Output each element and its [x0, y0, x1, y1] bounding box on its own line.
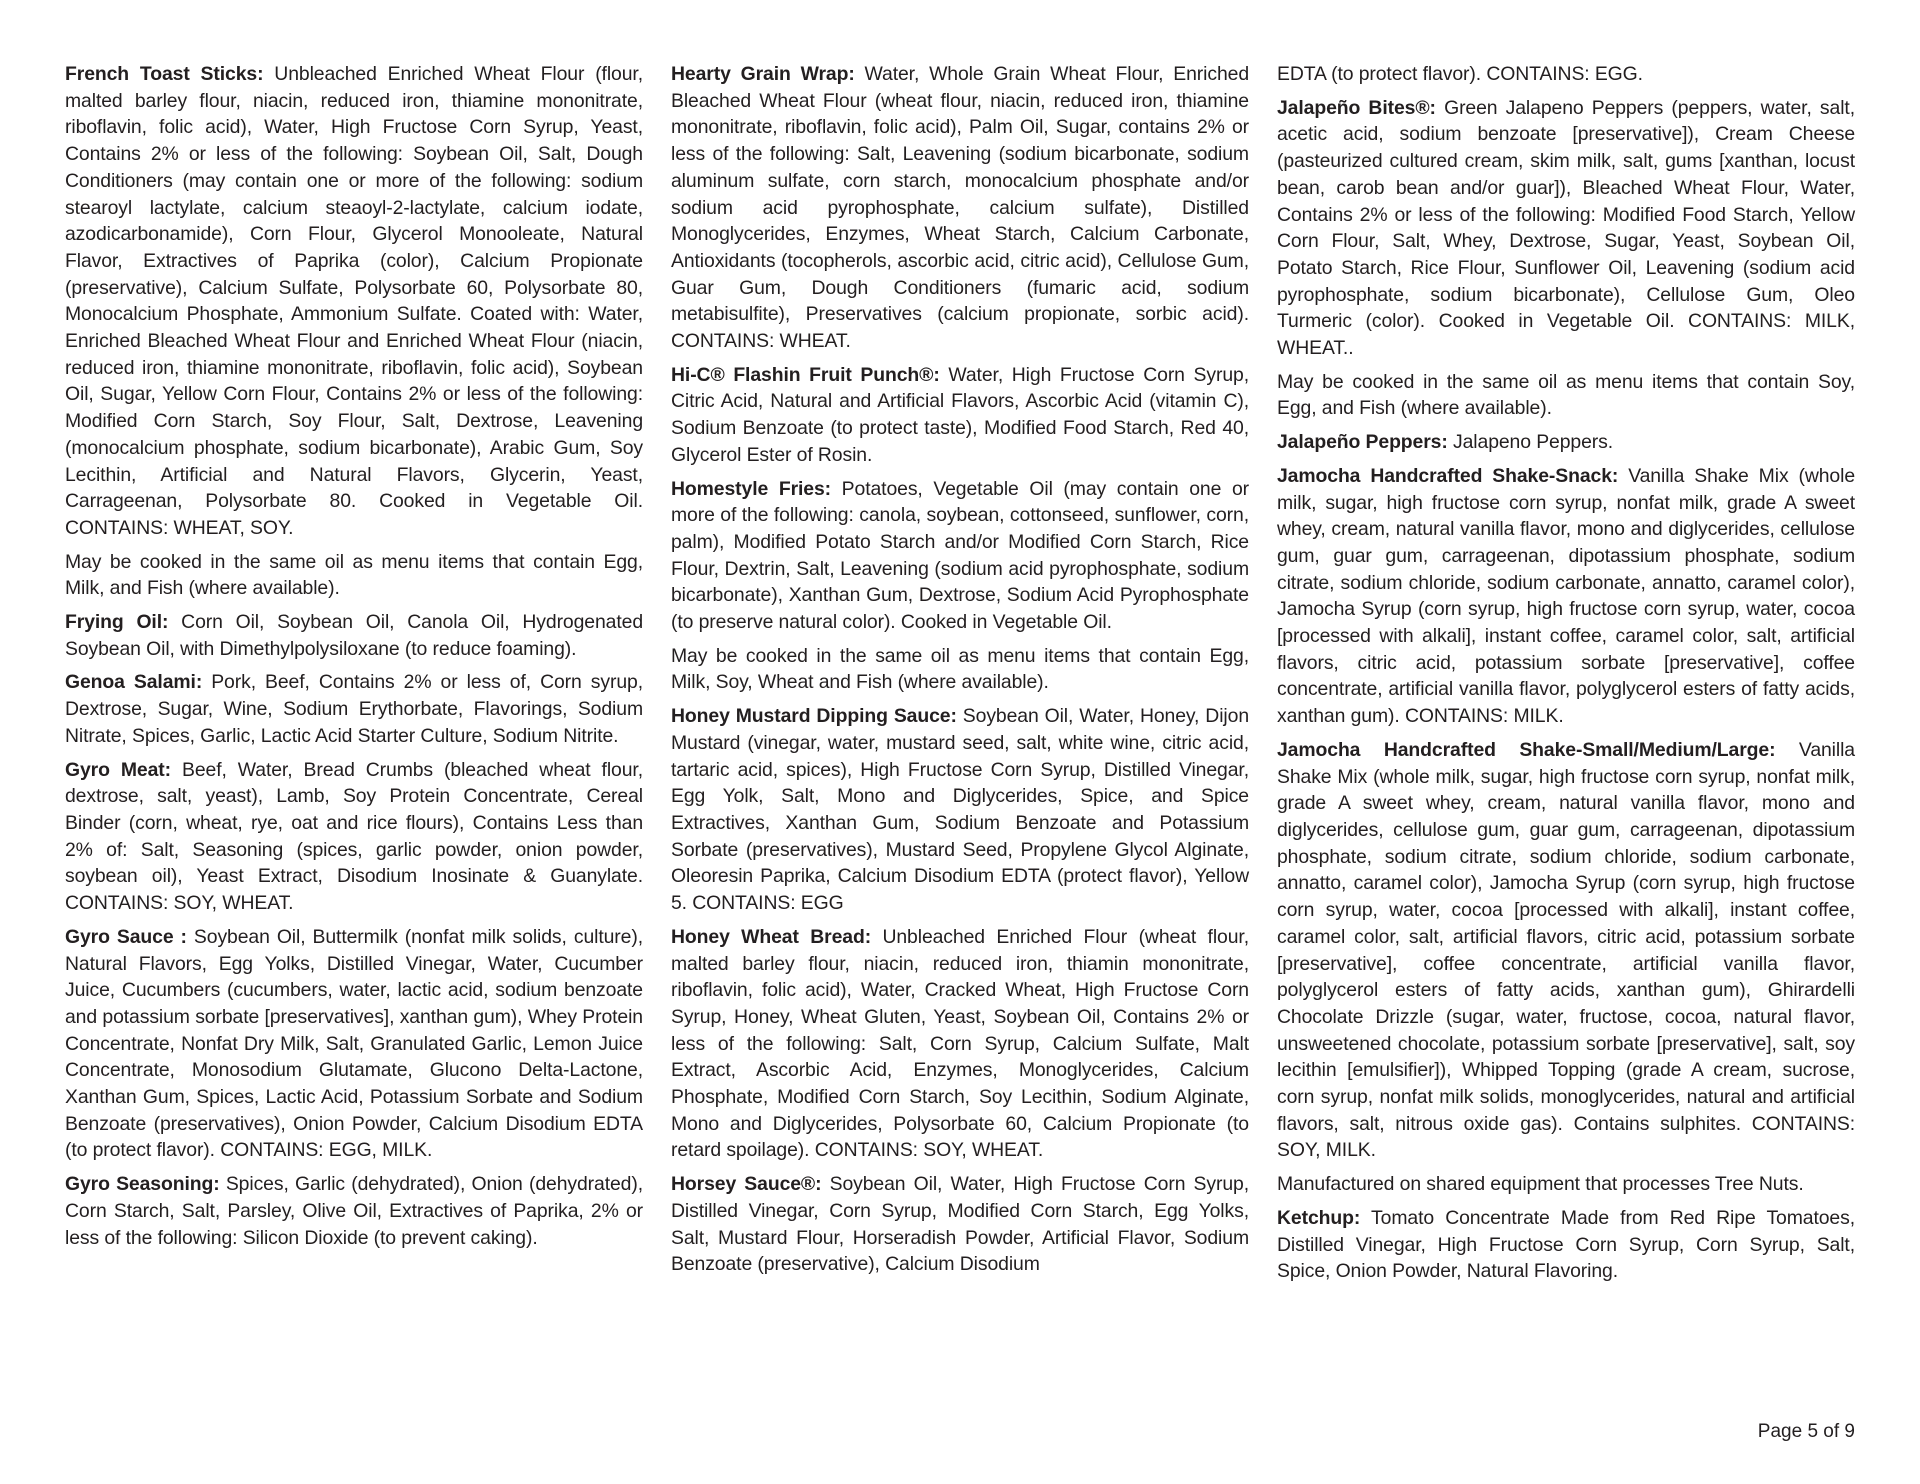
ingredient-entry-ketchup: Ketchup: Tomato Concentrate Made from Re…: [1277, 1205, 1855, 1285]
ingredient-entry-frying-oil: Frying Oil: Corn Oil, Soybean Oil, Canol…: [65, 609, 643, 662]
entry-text: May be cooked in the same oil as menu it…: [1277, 371, 1855, 420]
entry-text: May be cooked in the same oil as menu it…: [671, 645, 1249, 694]
entry-text: Unbleached Enriched Wheat Flour (flour, …: [65, 63, 643, 539]
ingredients-column-3: EDTA (to protect flavor). CONTAINS: EGG.…: [1277, 61, 1855, 1292]
ingredients-column-2: Hearty Grain Wrap: Water, Whole Grain Wh…: [671, 61, 1249, 1285]
entry-text: Manufactured on shared equipment that pr…: [1277, 1173, 1804, 1195]
entry-name: Gyro Meat:: [65, 759, 171, 781]
entry-name: Homestyle Fries:: [671, 478, 831, 500]
tree-nut-note: Manufactured on shared equipment that pr…: [1277, 1171, 1855, 1198]
entry-name: Jalapeño Peppers:: [1277, 431, 1448, 453]
ingredient-entry-jalapeno-bites: Jalapeño Bites®: Green Jalapeno Peppers …: [1277, 95, 1855, 362]
entry-text: Green Jalapeno Peppers (peppers, water, …: [1277, 97, 1855, 359]
ingredients-column-1: French Toast Sticks: Unbleached Enriched…: [65, 61, 643, 1258]
entry-text: Soybean Oil, Water, Honey, Dijon Mustard…: [671, 705, 1249, 914]
ingredient-entry-horsey-sauce: Horsey Sauce®: Soybean Oil, Water, High …: [671, 1171, 1249, 1278]
entry-name: Gyro Sauce :: [65, 926, 187, 948]
entry-name: Hi-C® Flashin Fruit Punch®:: [671, 364, 940, 386]
ingredient-entry-jamocha-shake-sml: Jamocha Handcrafted Shake-Small/Medium/L…: [1277, 737, 1855, 1164]
ingredient-entry-gyro-seasoning: Gyro Seasoning: Spices, Garlic (dehydrat…: [65, 1171, 643, 1251]
entry-name: Jalapeño Bites®:: [1277, 97, 1436, 119]
ingredient-entry-french-toast-sticks: French Toast Sticks: Unbleached Enriched…: [65, 61, 643, 542]
entry-name: Horsey Sauce®:: [671, 1173, 821, 1195]
entry-name: Jamocha Handcrafted Shake-Snack:: [1277, 465, 1618, 487]
entry-name: Genoa Salami:: [65, 671, 202, 693]
entry-name: Hearty Grain Wrap:: [671, 63, 855, 85]
entry-text: Soybean Oil, Buttermilk (nonfat milk sol…: [65, 926, 643, 1162]
entry-text: Jalapeno Peppers.: [1448, 431, 1613, 453]
entry-text: Vanilla Shake Mix (whole milk, sugar, hi…: [1277, 739, 1855, 1162]
ingredient-entry-honey-wheat-bread: Honey Wheat Bread: Unbleached Enriched F…: [671, 924, 1249, 1164]
entry-text: Potatoes, Vegetable Oil (may contain one…: [671, 478, 1249, 634]
ingredient-entry-horsey-sauce-continued: EDTA (to protect flavor). CONTAINS: EGG.: [1277, 61, 1855, 88]
entry-text: Beef, Water, Bread Crumbs (bleached whea…: [65, 759, 643, 915]
ingredient-entry-genoa-salami: Genoa Salami: Pork, Beef, Contains 2% or…: [65, 669, 643, 749]
entry-text: Unbleached Enriched Flour (wheat flour, …: [671, 926, 1249, 1162]
entry-text: EDTA (to protect flavor). CONTAINS: EGG.: [1277, 63, 1643, 85]
entry-name: Jamocha Handcrafted Shake-Small/Medium/L…: [1277, 739, 1775, 761]
entry-name: Frying Oil:: [65, 611, 168, 633]
entry-name: Gyro Seasoning:: [65, 1173, 220, 1195]
document-page: French Toast Sticks: Unbleached Enriched…: [0, 0, 1920, 1484]
allergen-note: May be cooked in the same oil as menu it…: [65, 549, 643, 602]
ingredient-entry-gyro-meat: Gyro Meat: Beef, Water, Bread Crumbs (bl…: [65, 757, 643, 917]
entry-name: Honey Wheat Bread:: [671, 926, 871, 948]
entry-name: French Toast Sticks:: [65, 63, 263, 85]
entry-name: Honey Mustard Dipping Sauce:: [671, 705, 957, 727]
entry-text: Vanilla Shake Mix (whole milk, sugar, hi…: [1277, 465, 1855, 727]
ingredient-entry-jalapeno-peppers: Jalapeño Peppers: Jalapeno Peppers.: [1277, 429, 1855, 456]
page-number: Page 5 of 9: [1758, 1420, 1855, 1444]
allergen-note: May be cooked in the same oil as menu it…: [671, 643, 1249, 696]
ingredient-entry-hearty-grain-wrap: Hearty Grain Wrap: Water, Whole Grain Wh…: [671, 61, 1249, 355]
entry-text: Tomato Concentrate Made from Red Ripe To…: [1277, 1207, 1855, 1282]
entry-name: Ketchup:: [1277, 1207, 1360, 1229]
ingredient-entry-hi-c-fruit-punch: Hi-C® Flashin Fruit Punch®: Water, High …: [671, 362, 1249, 469]
ingredient-entry-honey-mustard-dipping-sauce: Honey Mustard Dipping Sauce: Soybean Oil…: [671, 703, 1249, 917]
allergen-note: May be cooked in the same oil as menu it…: [1277, 369, 1855, 422]
entry-text: May be cooked in the same oil as menu it…: [65, 551, 643, 600]
ingredient-entry-jamocha-shake-snack: Jamocha Handcrafted Shake-Snack: Vanilla…: [1277, 463, 1855, 730]
entry-text: Water, Whole Grain Wheat Flour, Enriched…: [671, 63, 1249, 352]
ingredient-entry-gyro-sauce: Gyro Sauce : Soybean Oil, Buttermilk (no…: [65, 924, 643, 1164]
ingredient-entry-homestyle-fries: Homestyle Fries: Potatoes, Vegetable Oil…: [671, 476, 1249, 636]
